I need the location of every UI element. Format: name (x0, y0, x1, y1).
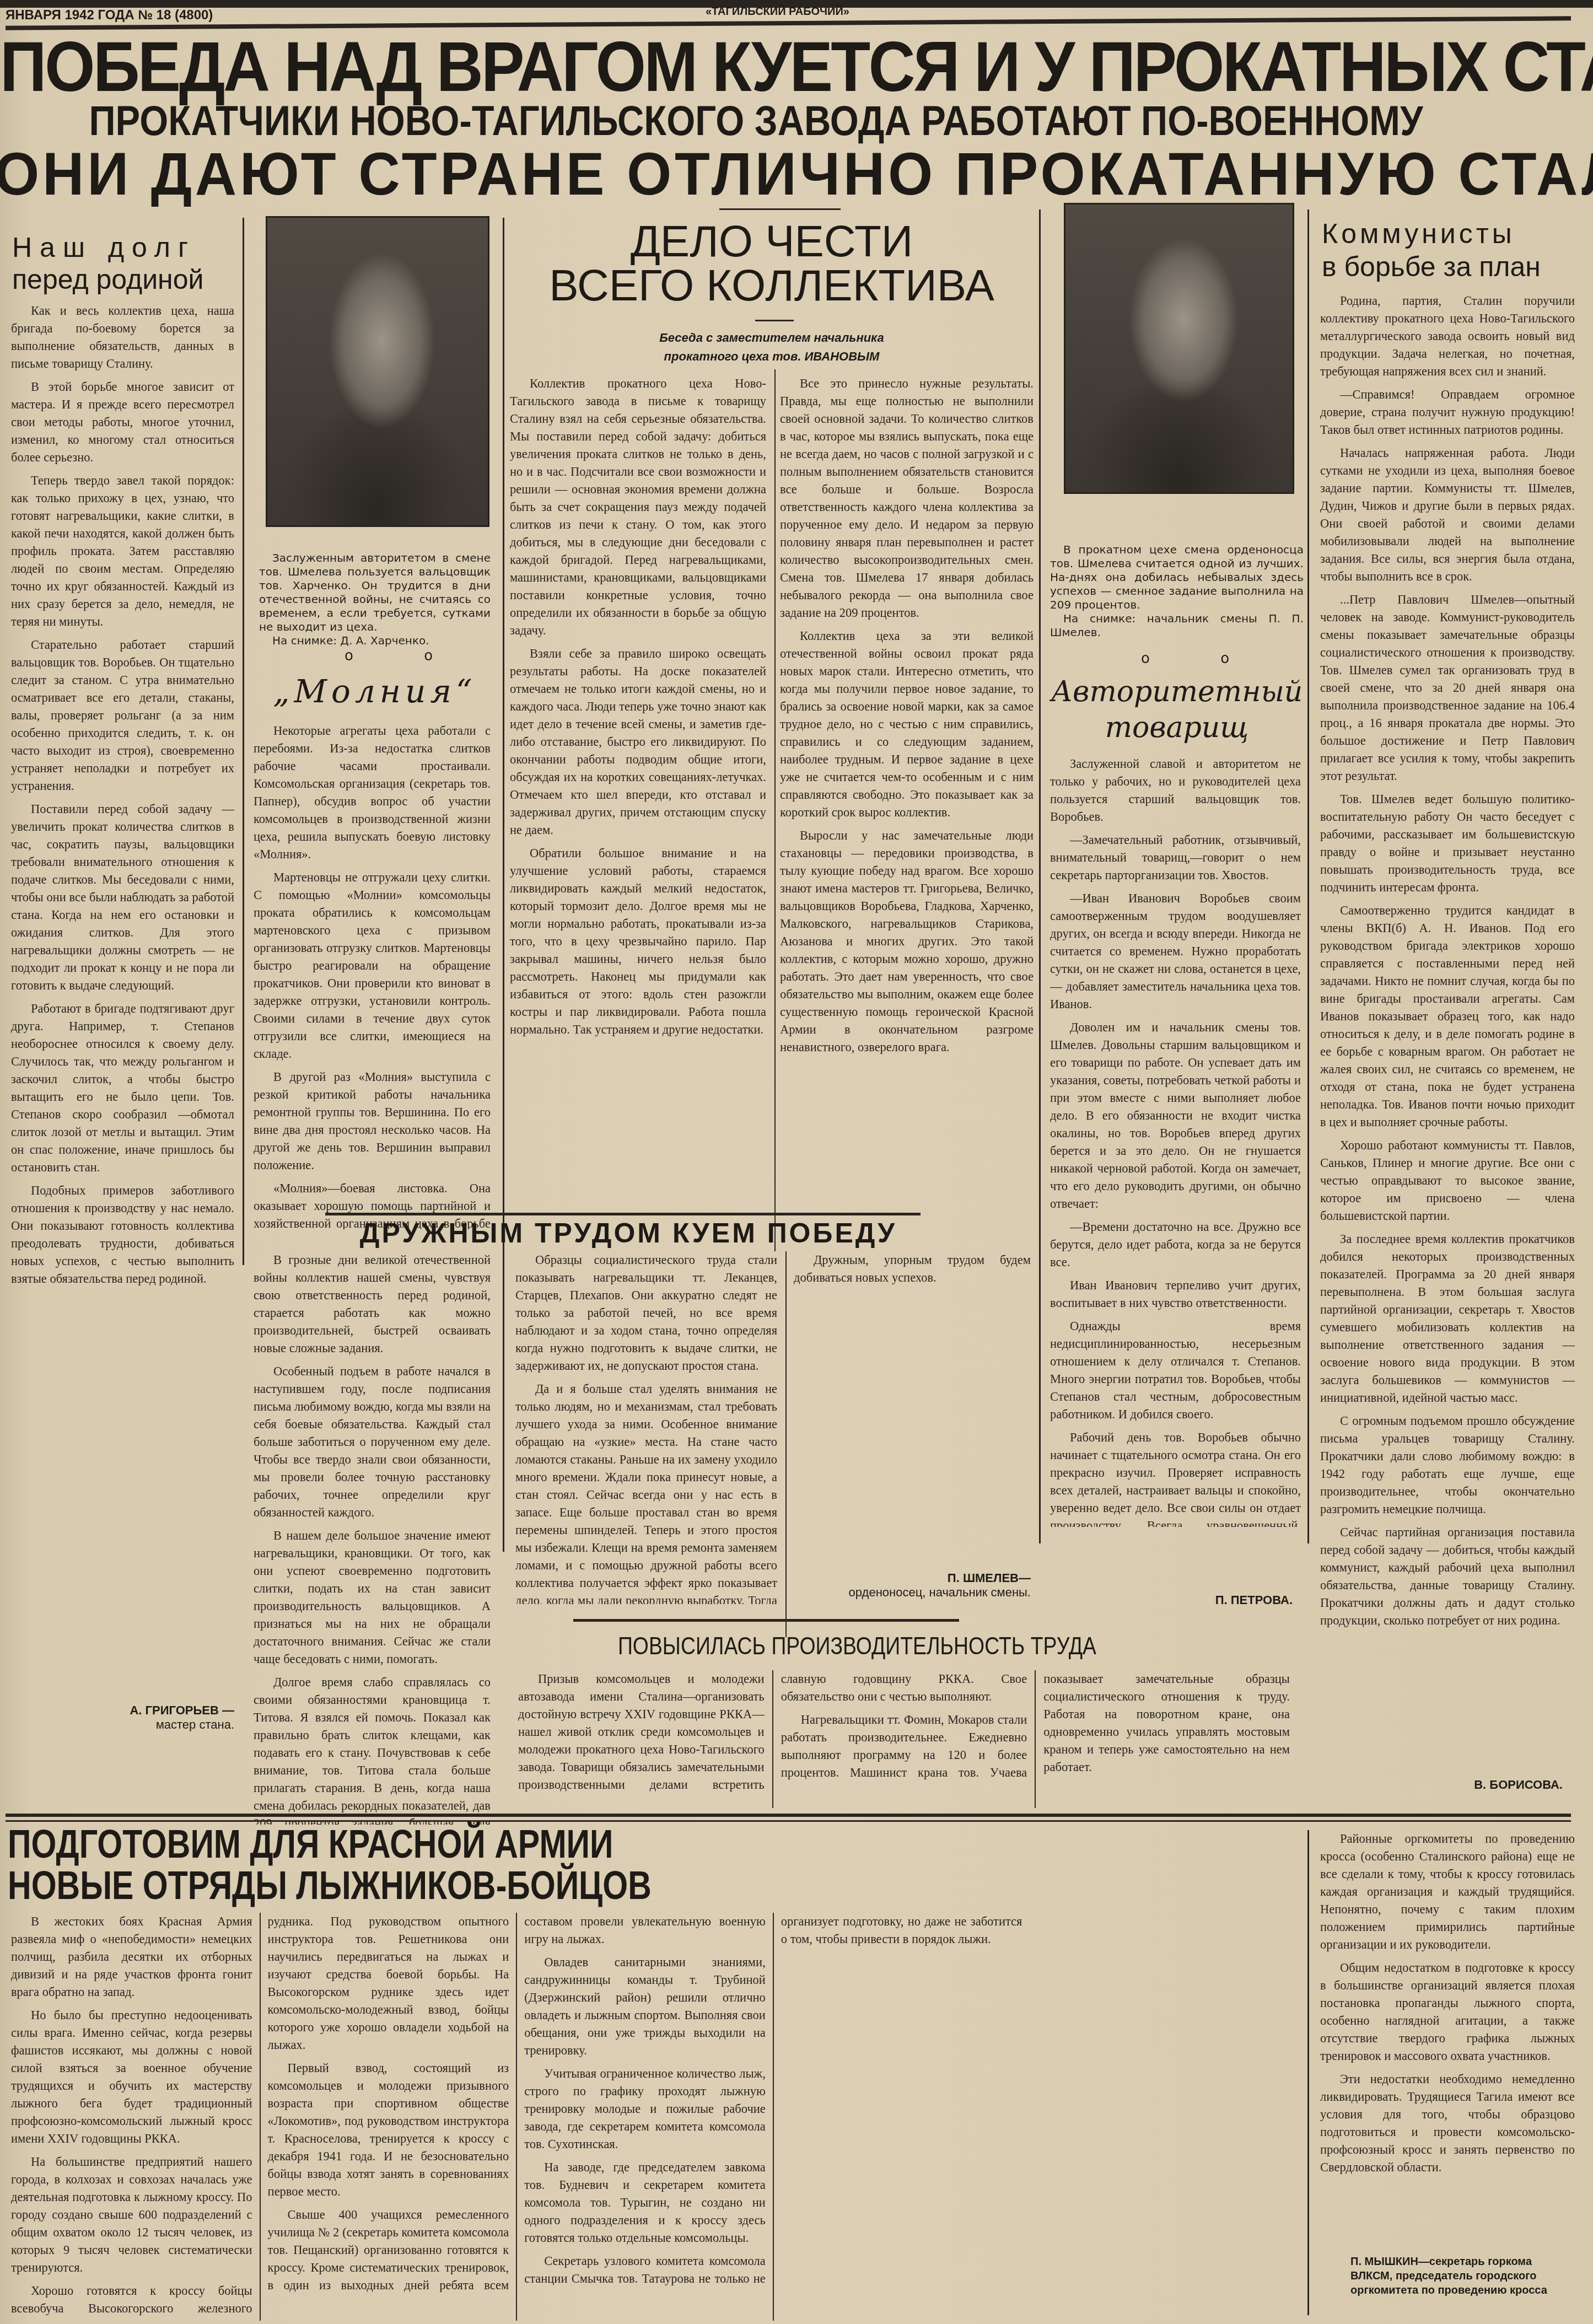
paper-name: «ТАГИЛЬСКИЙ РАБОЧИЙ» (706, 6, 849, 18)
paragraph: Коллектив прокатного цеха Ново-Тагильско… (510, 375, 766, 639)
article-title-lyzhniki: ПОДГОТОВИМ ДЛЯ КРАСНОЙ АРМИИ (8, 1825, 433, 1864)
article-title-nash-dolg-line2: перед родиной (12, 263, 233, 295)
caption-credit: На снимке: начальник смены П. П. Шмелев. (1050, 612, 1304, 639)
caption-text: В прокатном цехе смена орденоносца тов. … (1050, 543, 1304, 612)
main-headline: ПОБЕДА НАД ВРАГОМ КУЕТСЯ И У ПРОКАТНЫХ С… (0, 26, 1466, 107)
article-body-druzhnym-col3: Дружным, упорным трудом будем добиваться… (794, 1251, 1031, 1560)
paragraph: Да и я больше стал уделять внимания не т… (515, 1380, 777, 1604)
article-title-povysilas: ПОВЫСИЛАСЬ ПРОИЗВОДИТЕЛЬНОСТЬ ТРУДА (529, 1633, 1185, 1660)
separator-dots: o o (345, 648, 466, 664)
paragraph: Хорошо работают коммунисты тт. Павлов, С… (1320, 1137, 1575, 1225)
paragraph: Рабочий день тов. Воробьев обычно начина… (1050, 1429, 1301, 1527)
photo-caption-left: Заслуженным авторитетом в смене тов. Шме… (259, 551, 491, 648)
paragraph: —Справимся! Оправдаем огромное доверие, … (1320, 386, 1575, 439)
photo-shmelev (1064, 203, 1294, 494)
paragraph: В грозные дни великой отечественной войн… (254, 1251, 491, 1357)
issue-line: ЯНВАРЯ 1942 ГОДА № 18 (4800) (6, 8, 213, 23)
paragraph: Старательно работает старший вальцовщик … (11, 636, 234, 795)
paragraph: Сейчас партийная организация поставила п… (1320, 1524, 1575, 1629)
paragraph: Взяли себе за правило широко освещать ре… (510, 645, 766, 839)
article-deck-line1: Беседа с заместителем начальника (504, 331, 1039, 345)
paragraph: Но было бы преступно недооценивать силы … (11, 2006, 252, 2148)
paragraph: Выросли у нас замечательные люди стахано… (780, 827, 1034, 1056)
article-body-delo-chesti-col1: Коллектив прокатного цеха Ново-Тагильско… (510, 375, 766, 1235)
byline-myshkin: П. МЫШКИН—секретарь горкома ВЛКСМ, предс… (1350, 2255, 1576, 2298)
column-rule (1039, 209, 1041, 1543)
article-body-delo-chesti-col2: Все это принесло нужные результаты. Прав… (780, 375, 1034, 1235)
article-body-avtoritetny: Заслуженной славой и авторитетом не толь… (1050, 755, 1301, 1527)
paragraph: В нашем деле большое значение имеют нагр… (254, 1527, 491, 1668)
ornament-rule (719, 208, 841, 210)
paragraph: С огромным подъемом прошло обсуждение пи… (1320, 1412, 1575, 1518)
article-deck-line2: прокатного цеха тов. ИВАНОВЫМ (504, 349, 1039, 364)
paragraph: Началась напряженная работа. Люди суткам… (1320, 444, 1575, 585)
article-title-delo-chesti-line2: ВСЕГО КОЛЛЕКТИВА (504, 263, 1039, 308)
paragraph: Все это принесло нужные результаты. Прав… (780, 375, 1034, 622)
article-title-avtoritetny: Авторитетный (1045, 675, 1309, 708)
column-rule (1307, 1830, 1309, 2315)
paragraph: Дружным, упорным трудом будем добиваться… (794, 1251, 1031, 1287)
column-rule (785, 1251, 787, 1637)
paragraph: —Иван Иванович Воробьев своим самоотверж… (1050, 890, 1301, 1013)
paragraph: В другой раз «Молния» выступила с резкой… (254, 1068, 491, 1174)
paragraph: Тов. Шмелев ведет большую политико-воспи… (1320, 790, 1575, 896)
section-rule (6, 1820, 1571, 1822)
paragraph: На заводе, где председателем завкома тов… (524, 2159, 766, 2247)
paragraph: Самоотверженно трудится кандидат в члены… (1320, 902, 1575, 1131)
caption-credit: На снимке: Д. А. Харченко. (259, 634, 491, 648)
article-title-lyzhniki-line2: НОВЫЕ ОТРЯДЫ ЛЫЖНИКОВ-БОЙЦОВ (8, 1866, 433, 1906)
article-body-lyzhniki-last: Районные оргкомитеты по проведению кросс… (1320, 1830, 1575, 2227)
paragraph: Общим недостатком в подготовке к кроссу … (1320, 1959, 1575, 2065)
byline-borisova: В. БОРИСОВА. (1320, 1778, 1563, 1792)
separator-dots: o o (1141, 650, 1262, 667)
column-rule (243, 218, 244, 1265)
byline-role: мастер стана. (11, 1718, 234, 1732)
article-title-molniya: „Молния“ (254, 673, 496, 710)
byline-name: А. ГРИГОРЬЕВ — (130, 1703, 234, 1717)
paragraph: ...Петр Павлович Шмелев—опытный человек … (1320, 591, 1575, 785)
article-body-lyzhniki: В жестоких боях Красная Армия развеяла м… (11, 1913, 1279, 2321)
paragraph: Иван Иванович терпеливо учит других, вос… (1050, 1277, 1301, 1312)
paragraph: Доволен им и начальник смены тов. Шмелев… (1050, 1019, 1301, 1213)
column-rule (774, 369, 776, 1251)
article-title-kommunisty-line2: в борьбе за план (1322, 251, 1581, 283)
byline-petrova: П. ПЕТРОВА. (1050, 1593, 1293, 1607)
caption-text: Заслуженным авторитетом в смене тов. Шме… (259, 551, 491, 634)
column-rule (1307, 209, 1309, 1543)
paragraph: На большинстве предприятий нашего города… (11, 2153, 252, 2277)
paragraph: Работают в бригаде подтягивают друг друг… (11, 1000, 234, 1176)
paragraph: Заслуженной славой и авторитетом не толь… (1050, 755, 1301, 826)
paragraph: Поставили перед собой задачу — увеличить… (11, 800, 234, 994)
byline-shmelev: П. ШМЕЛЕВ— орденоносец, начальник смены. (794, 1571, 1031, 1600)
byline-name: П. ШМЕЛЕВ— (948, 1571, 1031, 1585)
article-title-delo-chesti: ДЕЛО ЧЕСТИ (504, 219, 1039, 263)
paragraph: Первый взвод, состоящий из комсомольцев … (268, 2059, 509, 2201)
paragraph: Как и весь коллектив цеха, наша бригада … (11, 302, 234, 373)
paragraph: —Времени достаточно на все. Дружно все б… (1050, 1218, 1301, 1271)
paragraph: Образцы социалистического труда стали по… (515, 1251, 777, 1375)
paragraph: —Замечательный работник, отзывчивый, вни… (1050, 831, 1301, 884)
paragraph: Подобных примеров заботливого отношения … (11, 1182, 234, 1288)
paragraph: Особенный подъем в работе начался в наст… (254, 1363, 491, 1521)
paragraph: Овладев санитарными знаниями, сандружинн… (524, 1954, 766, 2059)
section-rule (573, 1619, 959, 1622)
sub-headline: ПРОКАТЧИКИ НОВО-ТАГИЛЬСКОГО ЗАВОДА РАБОТ… (55, 97, 1457, 145)
paragraph: Мартеновцы не отгружали цеху слитки. С п… (254, 869, 491, 1063)
paragraph: Долгое время слабо справлялась со своими… (254, 1674, 491, 1825)
article-title-kommunisty: Коммунисты (1322, 218, 1581, 250)
article-body-kommunisty: Родина, партия, Сталин поручили коллекти… (1320, 292, 1575, 1758)
photo-caption-right: В прокатном цехе смена орденоносца тов. … (1050, 543, 1304, 639)
paragraph: Коллектив цеха за эти великой отечествен… (780, 627, 1034, 821)
article-body-druzhnym-col1: В грозные дни великой отечественной войн… (254, 1251, 491, 1825)
article-body-druzhnym-col2: Образцы социалистического труда стали по… (515, 1251, 777, 1604)
paragraph: Однажды время недисциплинированностью, н… (1050, 1317, 1301, 1423)
paragraph: В жестоких боях Красная Армия развеяла м… (11, 1913, 252, 2001)
photo-kharchenko (266, 216, 489, 527)
column-rule (503, 218, 504, 1552)
paragraph: Теперь твердо завел такой порядок: как т… (11, 472, 234, 631)
article-title-nash-dolg: Наш долг (12, 232, 233, 263)
byline-grigoriev: А. ГРИГОРЬЕВ — мастер стана. (11, 1703, 234, 1732)
byline-role: орденоносец, начальник смены. (794, 1585, 1031, 1600)
sub-headline-2: ОНИ ДАЮТ СТРАНЕ ОТЛИЧНО ПРОКАТАННУЮ СТАЛ… (0, 139, 1508, 209)
article-body-povysilas: Призыв комсомольцев и молодежи автозавод… (518, 1670, 1290, 1808)
paragraph: Некоторые агрегаты цеха работали с переб… (254, 722, 491, 863)
paragraph: Районные оргкомитеты по проведению кросс… (1320, 1830, 1575, 1954)
paragraph: Эти недостатки необходимо немедленно лик… (1320, 2070, 1575, 2176)
article-title-avtoritetny-line2: товарищ (1045, 711, 1309, 744)
article-title-druzhnym: ДРУЖНЫМ ТРУДОМ КУЕМ ПОБЕДУ (331, 1217, 926, 1249)
paragraph: Родина, партия, Сталин поручили коллекти… (1320, 292, 1575, 380)
section-rule (325, 1213, 921, 1215)
paragraph: Обратили большое внимание и на улучшение… (510, 844, 766, 1039)
article-body-molniya: Некоторые агрегаты цеха работали с переб… (254, 722, 491, 1229)
ornament-rule (755, 320, 794, 321)
paragraph: В этой борьбе многое зависит от мастера.… (11, 378, 234, 466)
paragraph: Учитывая ограниченное количество лыж, ст… (524, 2065, 766, 2153)
paragraph: За последнее время коллектив прокатчиков… (1320, 1230, 1575, 1407)
section-rule (6, 1814, 1571, 1817)
article-body-nash-dolg: Как и весь коллектив цеха, наша бригада … (11, 302, 234, 1482)
